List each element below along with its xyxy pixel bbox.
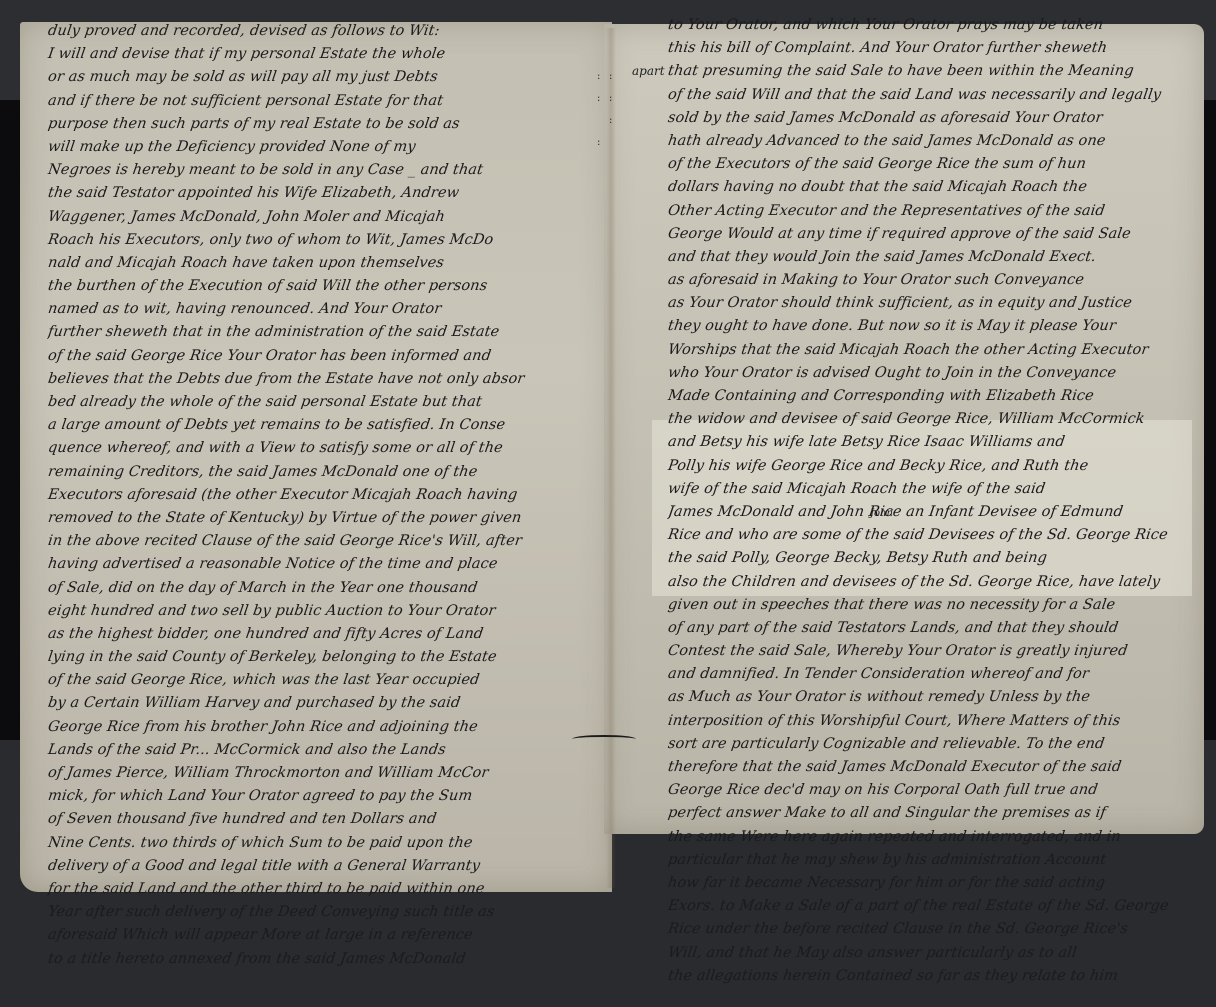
text-line: of any part of the said Testators Lands,…: [666, 617, 1189, 640]
text-line: further sheweth that in the administrati…: [46, 321, 589, 344]
text-line: perfect answer Make to all and Singular …: [666, 802, 1189, 825]
text-line: they ought to have done. But now so it i…: [666, 315, 1189, 338]
text-line: James McDonald and John Rice an Infant D…: [666, 501, 1189, 524]
text-line: Lands of the said Pr... McCormick and al…: [46, 739, 589, 762]
text-line: to Your Orator, and which Your Orator pr…: [666, 14, 1189, 37]
text-line: this his bill of Complaint. And Your Ora…: [666, 37, 1189, 60]
text-line: particular that he may shew by his admin…: [666, 849, 1189, 872]
text-line: or as much may be sold as will pay all m…: [46, 66, 589, 89]
text-line: duly proved and recorded, devised as fol…: [46, 20, 589, 43]
text-line: of the said Will and that the said Land …: [666, 84, 1189, 107]
text-line: having advertised a reasonable Notice of…: [46, 553, 589, 576]
text-line: believes that the Debts due from the Est…: [46, 368, 589, 391]
text-line: Will, and that he May also answer partic…: [666, 942, 1189, 965]
text-line: named as to wit, having renounced. And Y…: [46, 298, 589, 321]
margin-dots: :::: [609, 66, 613, 132]
text-line: remaining Creditors, the said James McDo…: [46, 461, 589, 484]
text-line: Waggener, James McDonald, John Moler and…: [46, 206, 589, 229]
text-line: of Seven thousand five hundred and ten D…: [46, 808, 589, 831]
text-line: of Sale, did on the day of March in the …: [46, 577, 589, 600]
text-line: and Betsy his wife late Betsy Rice Isaac…: [666, 431, 1189, 454]
text-line: of the Executors of the said George Rice…: [666, 153, 1189, 176]
text-line: sort are particularly Cognizable and rel…: [666, 733, 1189, 756]
text-line: as aforesaid in Making to Your Orator su…: [666, 269, 1189, 292]
text-line: who Your Orator is advised Ought to Join…: [666, 362, 1189, 385]
text-line: the said Polly, George Becky, Betsy Ruth…: [666, 547, 1189, 570]
page-gutter: [606, 28, 616, 888]
text-line: and damnified. In Tender Consideration w…: [666, 663, 1189, 686]
text-line: hath already Advanced to the said James …: [666, 130, 1189, 153]
text-line: a large amount of Debts yet remains to b…: [46, 414, 589, 437]
text-line: delivery of a Good and legal title with …: [46, 855, 589, 878]
text-line: for the said Land and the other third to…: [46, 878, 589, 901]
text-line: as Much as Your Orator is without remedy…: [666, 686, 1189, 709]
text-line: eight hundred and two sell by public Auc…: [46, 600, 589, 623]
text-line: also the Children and devisees of the Sd…: [666, 571, 1189, 594]
text-line: Nine Cents. two thirds of which Sum to b…: [46, 832, 589, 855]
text-line: as the highest bidder, one hundred and f…: [46, 623, 589, 646]
text-line: of James Pierce, William Throckmorton an…: [46, 762, 589, 785]
text-line: Roach his Executors, only two of whom to…: [46, 229, 589, 252]
text-line: nald and Micajah Roach have taken upon t…: [46, 252, 589, 275]
text-line: George Rice dec'd may on his Corporal Oa…: [666, 779, 1189, 802]
text-line: I will and devise that if my personal Es…: [46, 43, 589, 66]
text-line: as Your Orator should think sufficient, …: [666, 292, 1189, 315]
text-line: interposition of this Worshipful Court, …: [666, 710, 1189, 733]
text-line: Exors. to Make a Sale of a part of the r…: [666, 895, 1189, 918]
text-line: Rice and who are some of the said Devise…: [666, 524, 1189, 547]
text-line: bed already the whole of the said person…: [46, 391, 589, 414]
text-line: will make up the Deficiency provided Non…: [46, 136, 589, 159]
text-line: Negroes is hereby meant to be sold in an…: [46, 159, 589, 182]
text-line: George Rice from his brother John Rice a…: [46, 716, 589, 739]
margin-note: apart: [632, 64, 665, 78]
text-line: purpose then such parts of my real Estat…: [46, 113, 589, 136]
text-line: Worships that the said Micajah Roach the…: [666, 339, 1189, 362]
text-line: mick, for which Land Your Orator agreed …: [46, 785, 589, 808]
text-line: quence whereof, and with a View to satis…: [46, 437, 589, 460]
text-line: Made Containing and Corresponding with E…: [666, 385, 1189, 408]
text-line: the burthen of the Execution of said Wil…: [46, 275, 589, 298]
text-line: of the said George Rice, which was the l…: [46, 669, 589, 692]
text-line: by a Certain William Harvey and purchase…: [46, 692, 589, 715]
text-line: removed to the State of Kentucky) by Vir…: [46, 507, 589, 530]
text-line: Contest the said Sale, Whereby Your Orat…: [666, 640, 1189, 663]
text-line: that presuming the said Sale to have bee…: [666, 60, 1189, 83]
text-line: and if there be not sufficient personal …: [46, 90, 589, 113]
text-line: and that they would Join the said James …: [666, 246, 1189, 269]
text-line: to a title hereto annexed from the said …: [46, 948, 589, 971]
text-line: of the said George Rice Your Orator has …: [46, 345, 589, 368]
text-line: the same Were here again repeated and in…: [666, 826, 1189, 849]
text-line: therefore that the said James McDonald E…: [666, 756, 1189, 779]
text-line: the widow and devisee of said George Ric…: [666, 408, 1189, 431]
text-line: Year after such delivery of the Deed Con…: [46, 901, 589, 924]
text-line: dollars having no doubt that the said Mi…: [666, 176, 1189, 199]
text-line: the allegations herein Contained so far …: [666, 965, 1189, 988]
left-page-text: duly proved and recorded, devised as fol…: [48, 20, 588, 971]
margin-dots: :::: [597, 66, 601, 154]
text-line: lying in the said County of Berkeley, be…: [46, 646, 589, 669]
text-line: how far it became Necessary for him or f…: [666, 872, 1189, 895]
right-page-text: to Your Orator, and which Your Orator pr…: [668, 14, 1188, 988]
text-line: Rice under the before recited Clause in …: [666, 918, 1189, 941]
text-line: wife of the said Micajah Roach the wife …: [666, 478, 1189, 501]
text-line: Other Acting Executor and the Representa…: [666, 200, 1189, 223]
text-line: aforesaid Which will appear More at larg…: [46, 924, 589, 947]
text-line: given out in speeches that there was no …: [666, 594, 1189, 617]
text-line: Polly his wife George Rice and Becky Ric…: [666, 455, 1189, 478]
text-line: in the above recited Clause of the said …: [46, 530, 589, 553]
text-line: Executors aforesaid (the other Executor …: [46, 484, 589, 507]
text-line: George Would at any time if required app…: [666, 223, 1189, 246]
text-line: the said Testator appointed his Wife Eli…: [46, 182, 589, 205]
text-line: sold by the said James McDonald as afore…: [666, 107, 1189, 130]
